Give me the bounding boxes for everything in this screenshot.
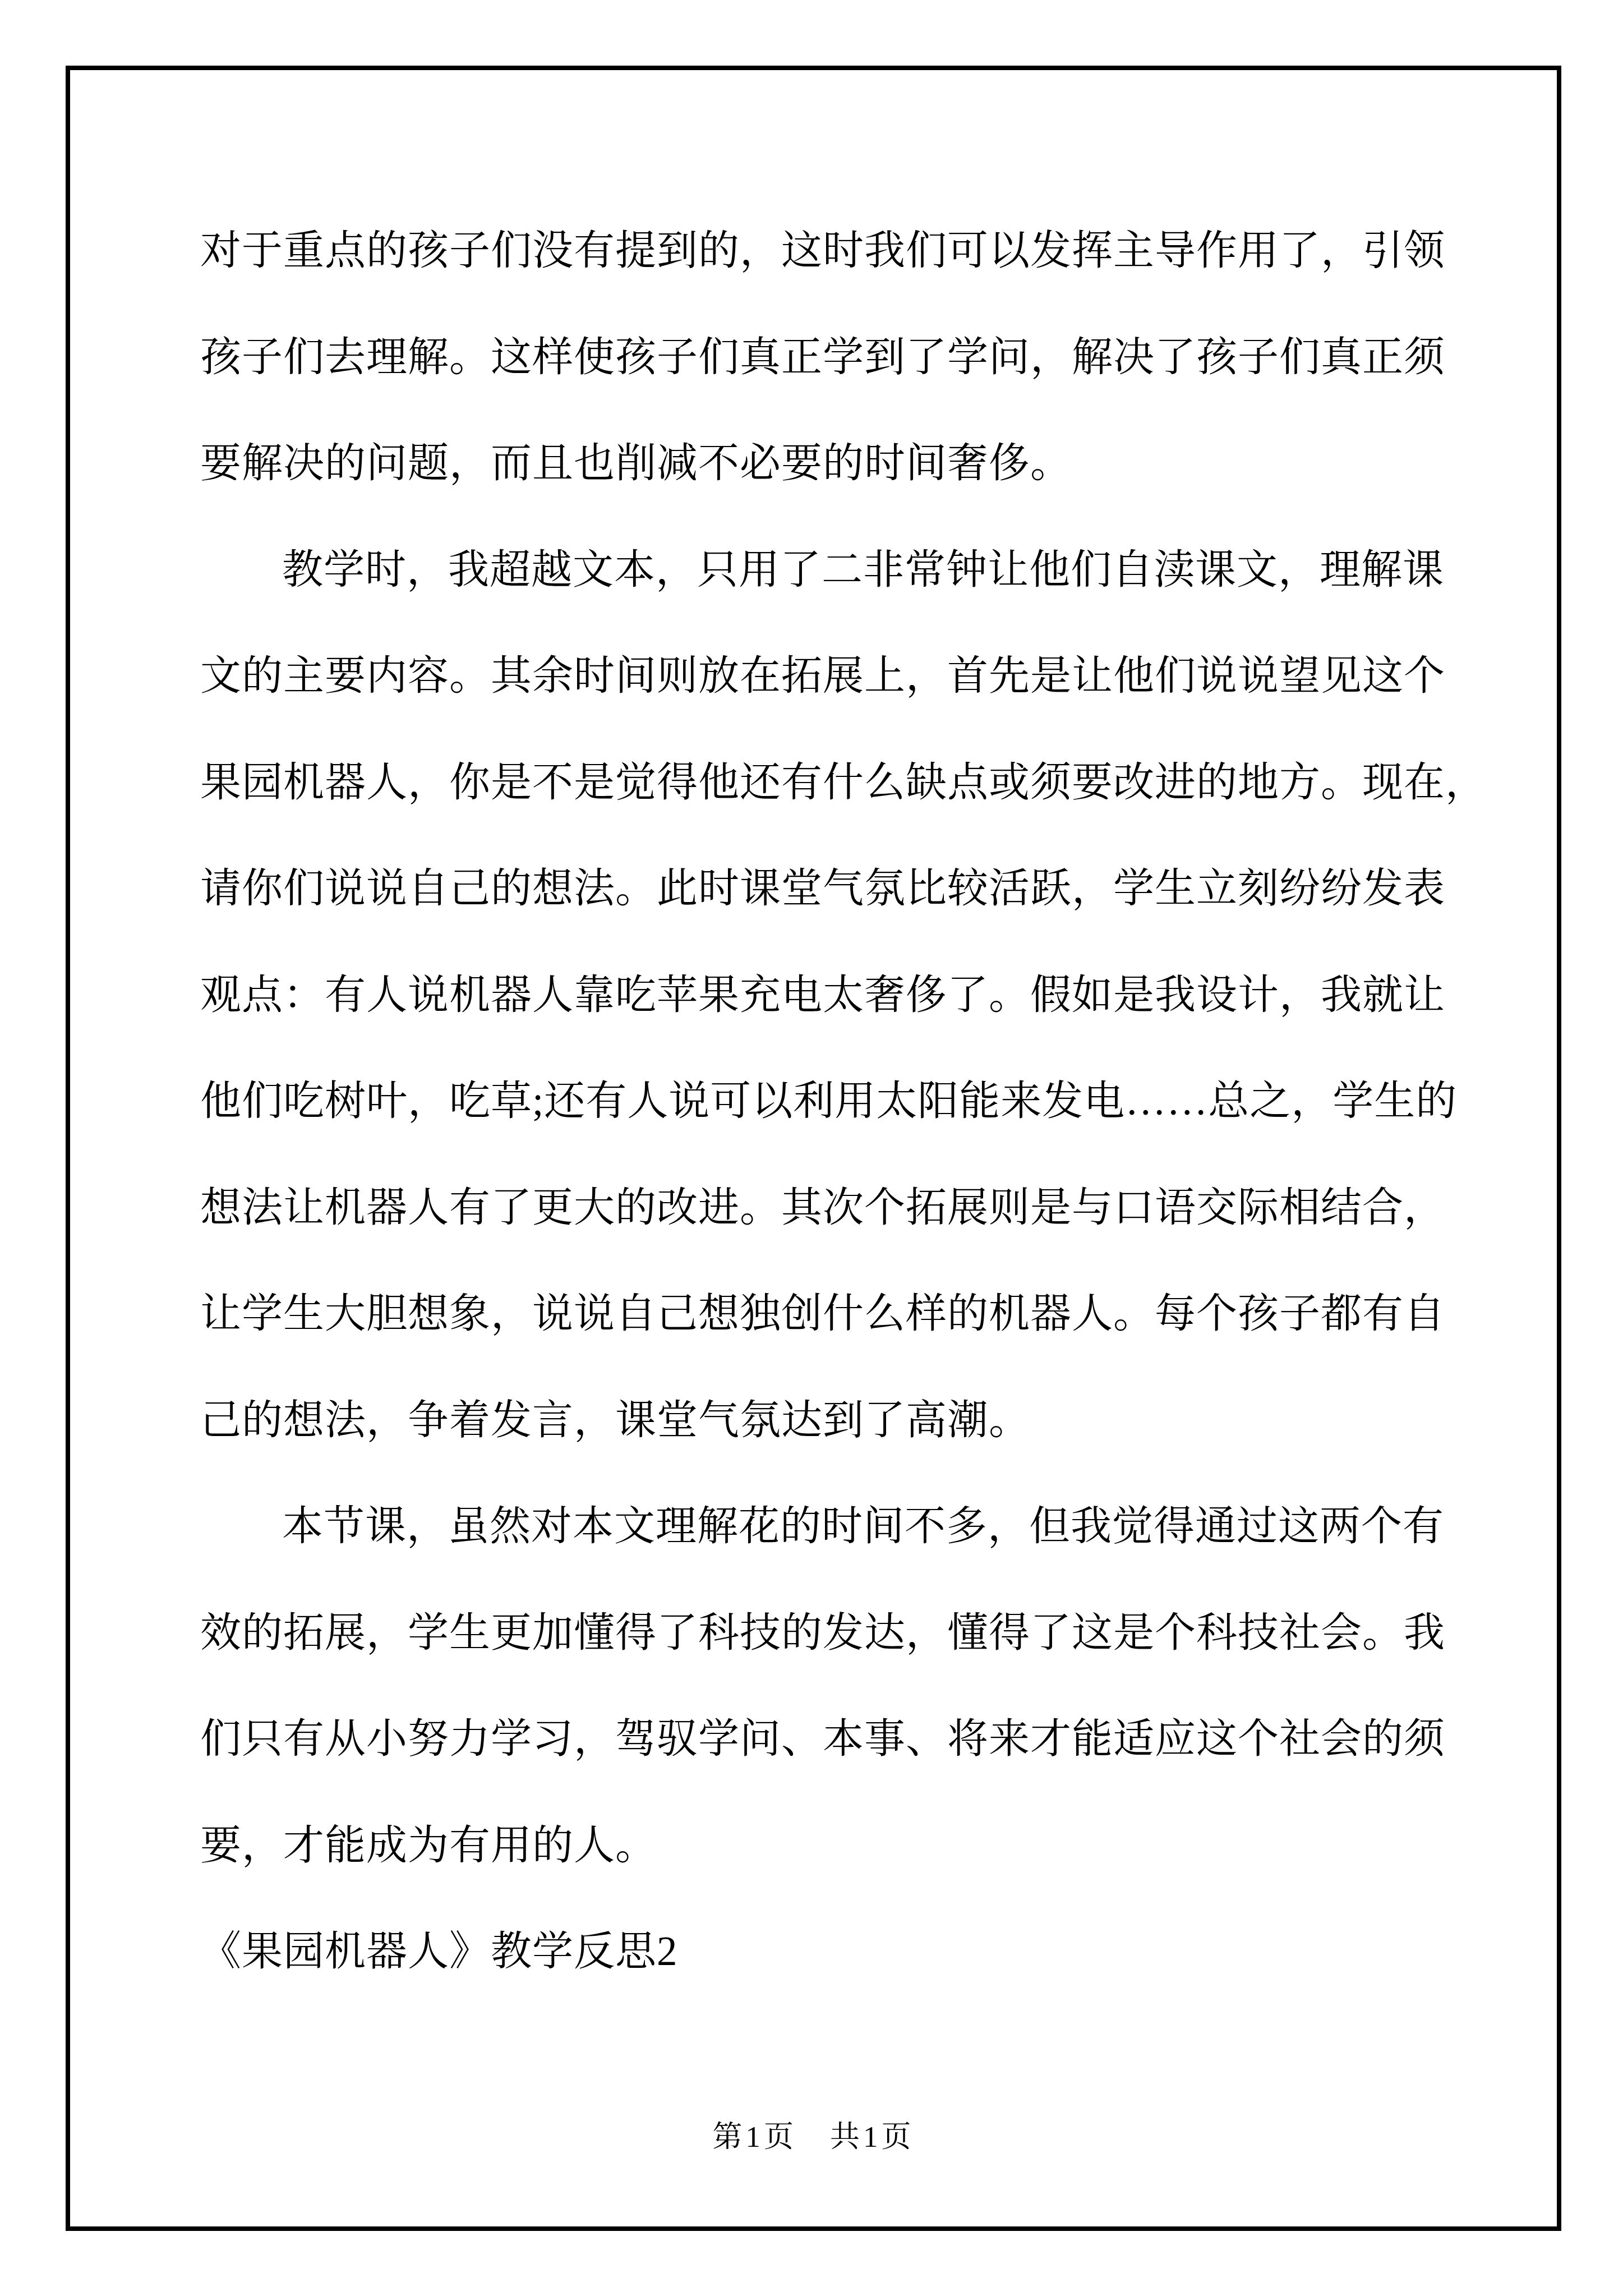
text-line: 让学生大胆想象，说说自己想独创什么样的机器人。每个孩子都有自 [200,1260,1440,1367]
text-line: 效的拓展，学生更加懂得了科技的发达，懂得了这是个科技社会。我 [200,1580,1440,1686]
text-line: 果园机器人，你是不是觉得他还有什么缺点或须要改进的地方。现在， [200,729,1440,836]
text-line: 文的主要内容。其余时间则放在拓展上，首先是让他们说说望见这个 [200,623,1440,729]
text-line: 要，才能成为有用的人。 [200,1792,1440,1899]
text-line: 教学时，我超越文本，只用了二非常钟让他们自渎课文，理解课 [200,517,1440,623]
text-line: 想法让机器人有了更大的改进。其次个拓展则是与口语交际相结合， [200,1154,1440,1261]
text-line: 孩子们去理解。这样使孩子们真正学到了学问，解决了孩子们真正须 [200,304,1440,411]
text-line: 本节课，虽然对本文理解花的时间不多，但我觉得通过这两个有 [200,1473,1440,1580]
document-body: 对于重点的孩子们没有提到的，这时我们可以发挥主导作用了，引领孩子们去理解。这样使… [200,197,1440,2005]
text-line: 对于重点的孩子们没有提到的，这时我们可以发挥主导作用了，引领 [200,197,1440,304]
document-page: 对于重点的孩子们没有提到的，这时我们可以发挥主导作用了，引领孩子们去理解。这样使… [0,0,1623,2296]
section-heading: 《果园机器人》教学反思2 [200,1898,1440,2005]
text-line: 们只有从小努力学习，驾驭学问、本事、将来才能适应这个社会的须 [200,1686,1440,1792]
text-line: 要解决的问题，而且也削减不必要的时间奢侈。 [200,410,1440,517]
page-footer: 第1页 共1页 [66,2119,1561,2155]
text-line: 观点：有人说机器人靠吃苹果充电太奢侈了。假如是我设计，我就让 [200,942,1440,1048]
text-line: 请你们说说自己的想法。此时课堂气氛比较活跃，学生立刻纷纷发表 [200,835,1440,942]
text-line: 他们吃树叶，吃草;还有人说可以利用太阳能来发电……总之，学生的 [200,1048,1440,1154]
text-line: 己的想法，争着发言，课堂气氛达到了高潮。 [200,1367,1440,1474]
